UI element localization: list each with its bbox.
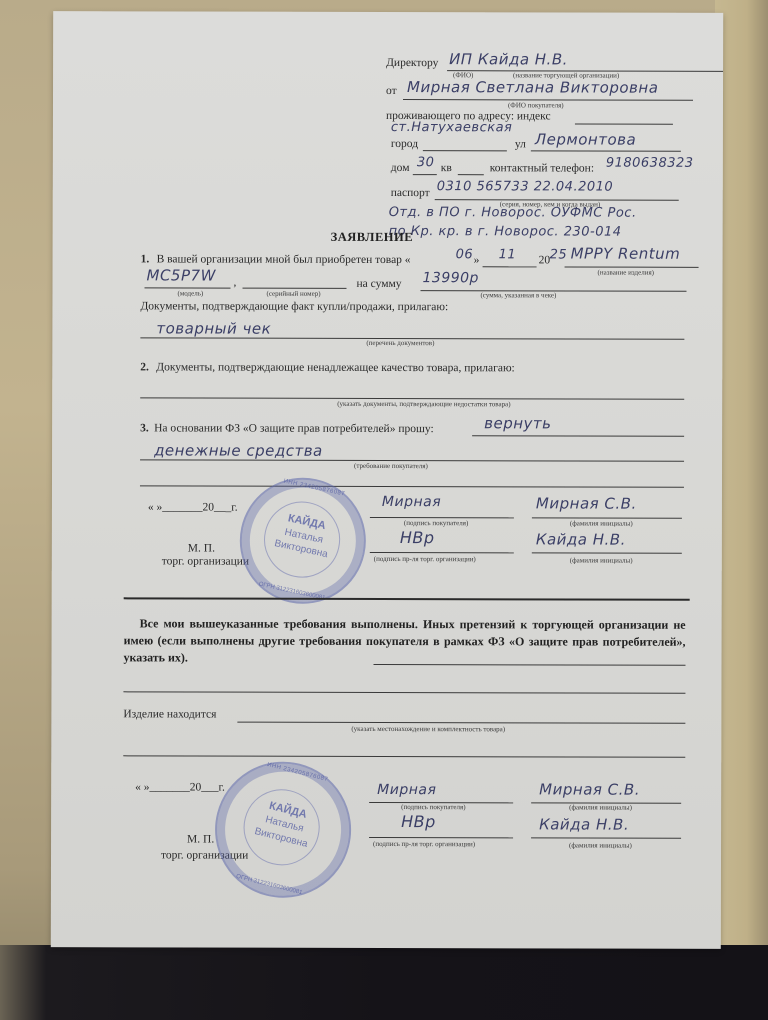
section1-text: В вашей организации мной был приобретен … [157,253,411,266]
date-template-2: « »_______20___г. [135,781,225,793]
stamp-inn-2: ИНН 234205876087 [233,753,362,791]
city-label: город [391,138,418,150]
director-value: ИП Кайда Н.В. [449,50,568,68]
divider [124,597,690,600]
closing-paragraph: Все мои вышеуказанные требования выполне… [124,615,686,667]
buyer-sign-caption-1: (подпись покупателя) [404,519,468,527]
buyer-name-1: Мирная С.В. [536,494,637,512]
issued-line-1: Отд. в ПО г. Новорос. ОУФМС Рос. [389,205,637,221]
phone-label: контактный телефон: [490,162,594,174]
seller-name-line-1 [532,552,682,553]
model-value: MC5P7W [147,266,216,284]
sum-caption: (сумма, указанная в чеке) [480,291,556,299]
section3-value-2: денежные средства [154,441,323,459]
seller-name-1: Кайда Н.В. [536,530,626,548]
seller-name-caption-2: (фамилия инициалы) [569,841,632,849]
mp-2: М. П. [187,833,214,845]
buyer-name-caption-2: (фамилия инициалы) [569,803,632,811]
application-form-sheet: Директору ИП Кайда Н.В. (ФИО) (название … [51,11,723,949]
date-template-1: « »_______20___г. [148,501,238,513]
background-wall [715,0,768,945]
company-stamp-1: ИНН 234205876087 КАЙДА Наталья Викторовн… [228,466,378,616]
index-line [575,123,673,124]
serial-line [243,288,347,289]
house-line [413,174,437,175]
seller-sign-caption-1: (подпись пр-ля торг. организации) [374,555,476,563]
seller-signature-1: НВр [400,528,435,547]
issued-line-2: по Кр. кр. в г. Новорос. 230-014 [389,224,622,240]
product-line [565,266,699,267]
section3-line-1 [472,435,684,437]
stamp-ogrn-1: ОГРН 312231603600081 [232,576,353,608]
section2-caption: (указать документы, подтверждающие недос… [337,400,510,408]
mp-1: М. П. [188,542,215,554]
section3-value-1: вернуть [484,414,551,432]
item-location-line-2 [123,755,685,757]
year-prefix: 20 [539,254,551,266]
model-caption: (модель) [177,289,203,297]
purchase-month: 11 [499,247,517,262]
purchase-day: 06 [456,247,474,262]
street-line [531,150,681,151]
stamp-ogrn-2: ОГРН 312231603600081 [204,866,333,904]
model-line [145,287,231,288]
mp-org-1: торг. организации [162,555,249,567]
product-caption: (название изделия) [598,269,654,277]
seller-name-caption-1: (фамилия инициалы) [570,556,633,564]
buyer-sign-line-1 [370,517,514,518]
item-location-caption: (указать местонахождение и комплектность… [351,725,505,733]
section3-caption: (требование покупателя) [354,462,428,470]
seller-sign-caption-2: (подпись пр-ля торг. организации) [373,840,475,848]
item-location-label: Изделие находится [123,708,216,720]
passport-label: паспорт [391,187,430,199]
from-value: Мирная Светлана Викторовна [407,78,658,97]
city-line [423,150,507,151]
stamp-inn-1: ИНН 234205876087 [254,472,375,504]
purchase-year: 25 [550,247,568,262]
document-title: ЗАЯВЛЕНИЕ [331,230,413,245]
buyer-name-2: Мирная С.В. [539,780,640,798]
buyer-sign-caption-2: (подпись покупателя) [401,803,465,811]
buyer-signature-1: Мирная [382,494,441,510]
buyer-signature-2: Мирная [377,782,436,798]
seller-sign-line-2 [369,837,513,838]
sum-label: на сумму [356,278,401,290]
section3-text: На основании ФЗ «О защите прав потребите… [154,422,434,435]
city-prefix-value: ст.Натухаевская [391,120,513,135]
docs-label: Документы, подтверждающие факт купли/про… [140,300,448,313]
street-value: Лермонтова [535,130,636,148]
section1-number: 1. [141,253,150,265]
closing-line-2 [123,691,685,693]
sum-value: 13990р [423,270,479,286]
buyer-name-line-1 [532,517,682,518]
apt-label: кв [441,162,452,174]
director-label: Директору [386,57,438,69]
passport-value: 0310 565733 22.04.2010 [437,179,613,194]
docs-caption: (перечень документов) [366,339,434,347]
apt-line [458,174,484,175]
docs-value: товарный чек [156,319,271,337]
section3-number: 3. [140,422,149,434]
phone-value: 9180638323 [606,156,694,171]
from-label: от [386,85,397,97]
street-label: ул [515,138,526,150]
background-floor [0,945,768,1020]
section3-line-3 [140,485,684,487]
section2-number: 2. [140,361,149,373]
product-name: MPPY Rentum [571,244,681,262]
month-line [483,266,537,267]
seller-name-line-2 [531,837,681,838]
house-label: дом [391,162,410,174]
purchase-day-close: » [474,254,480,266]
company-stamp-2: ИНН 234205876087 КАЙДА Наталья Викторовн… [201,747,366,912]
seller-signature-2: НВр [401,812,436,831]
buyer-name-caption-1: (фамилия инициалы) [570,519,633,527]
item-location-line [237,722,685,724]
house-value: 30 [417,155,435,170]
serial-caption: (серийный номер) [266,290,320,298]
comma: , [234,277,237,289]
section2-text: Документы, подтверждающие ненадлежащее к… [156,361,514,374]
seller-sign-line-1 [370,552,514,553]
from-caption: (ФИО покупателя) [508,101,564,109]
seller-name-2: Кайда Н.В. [539,815,629,833]
